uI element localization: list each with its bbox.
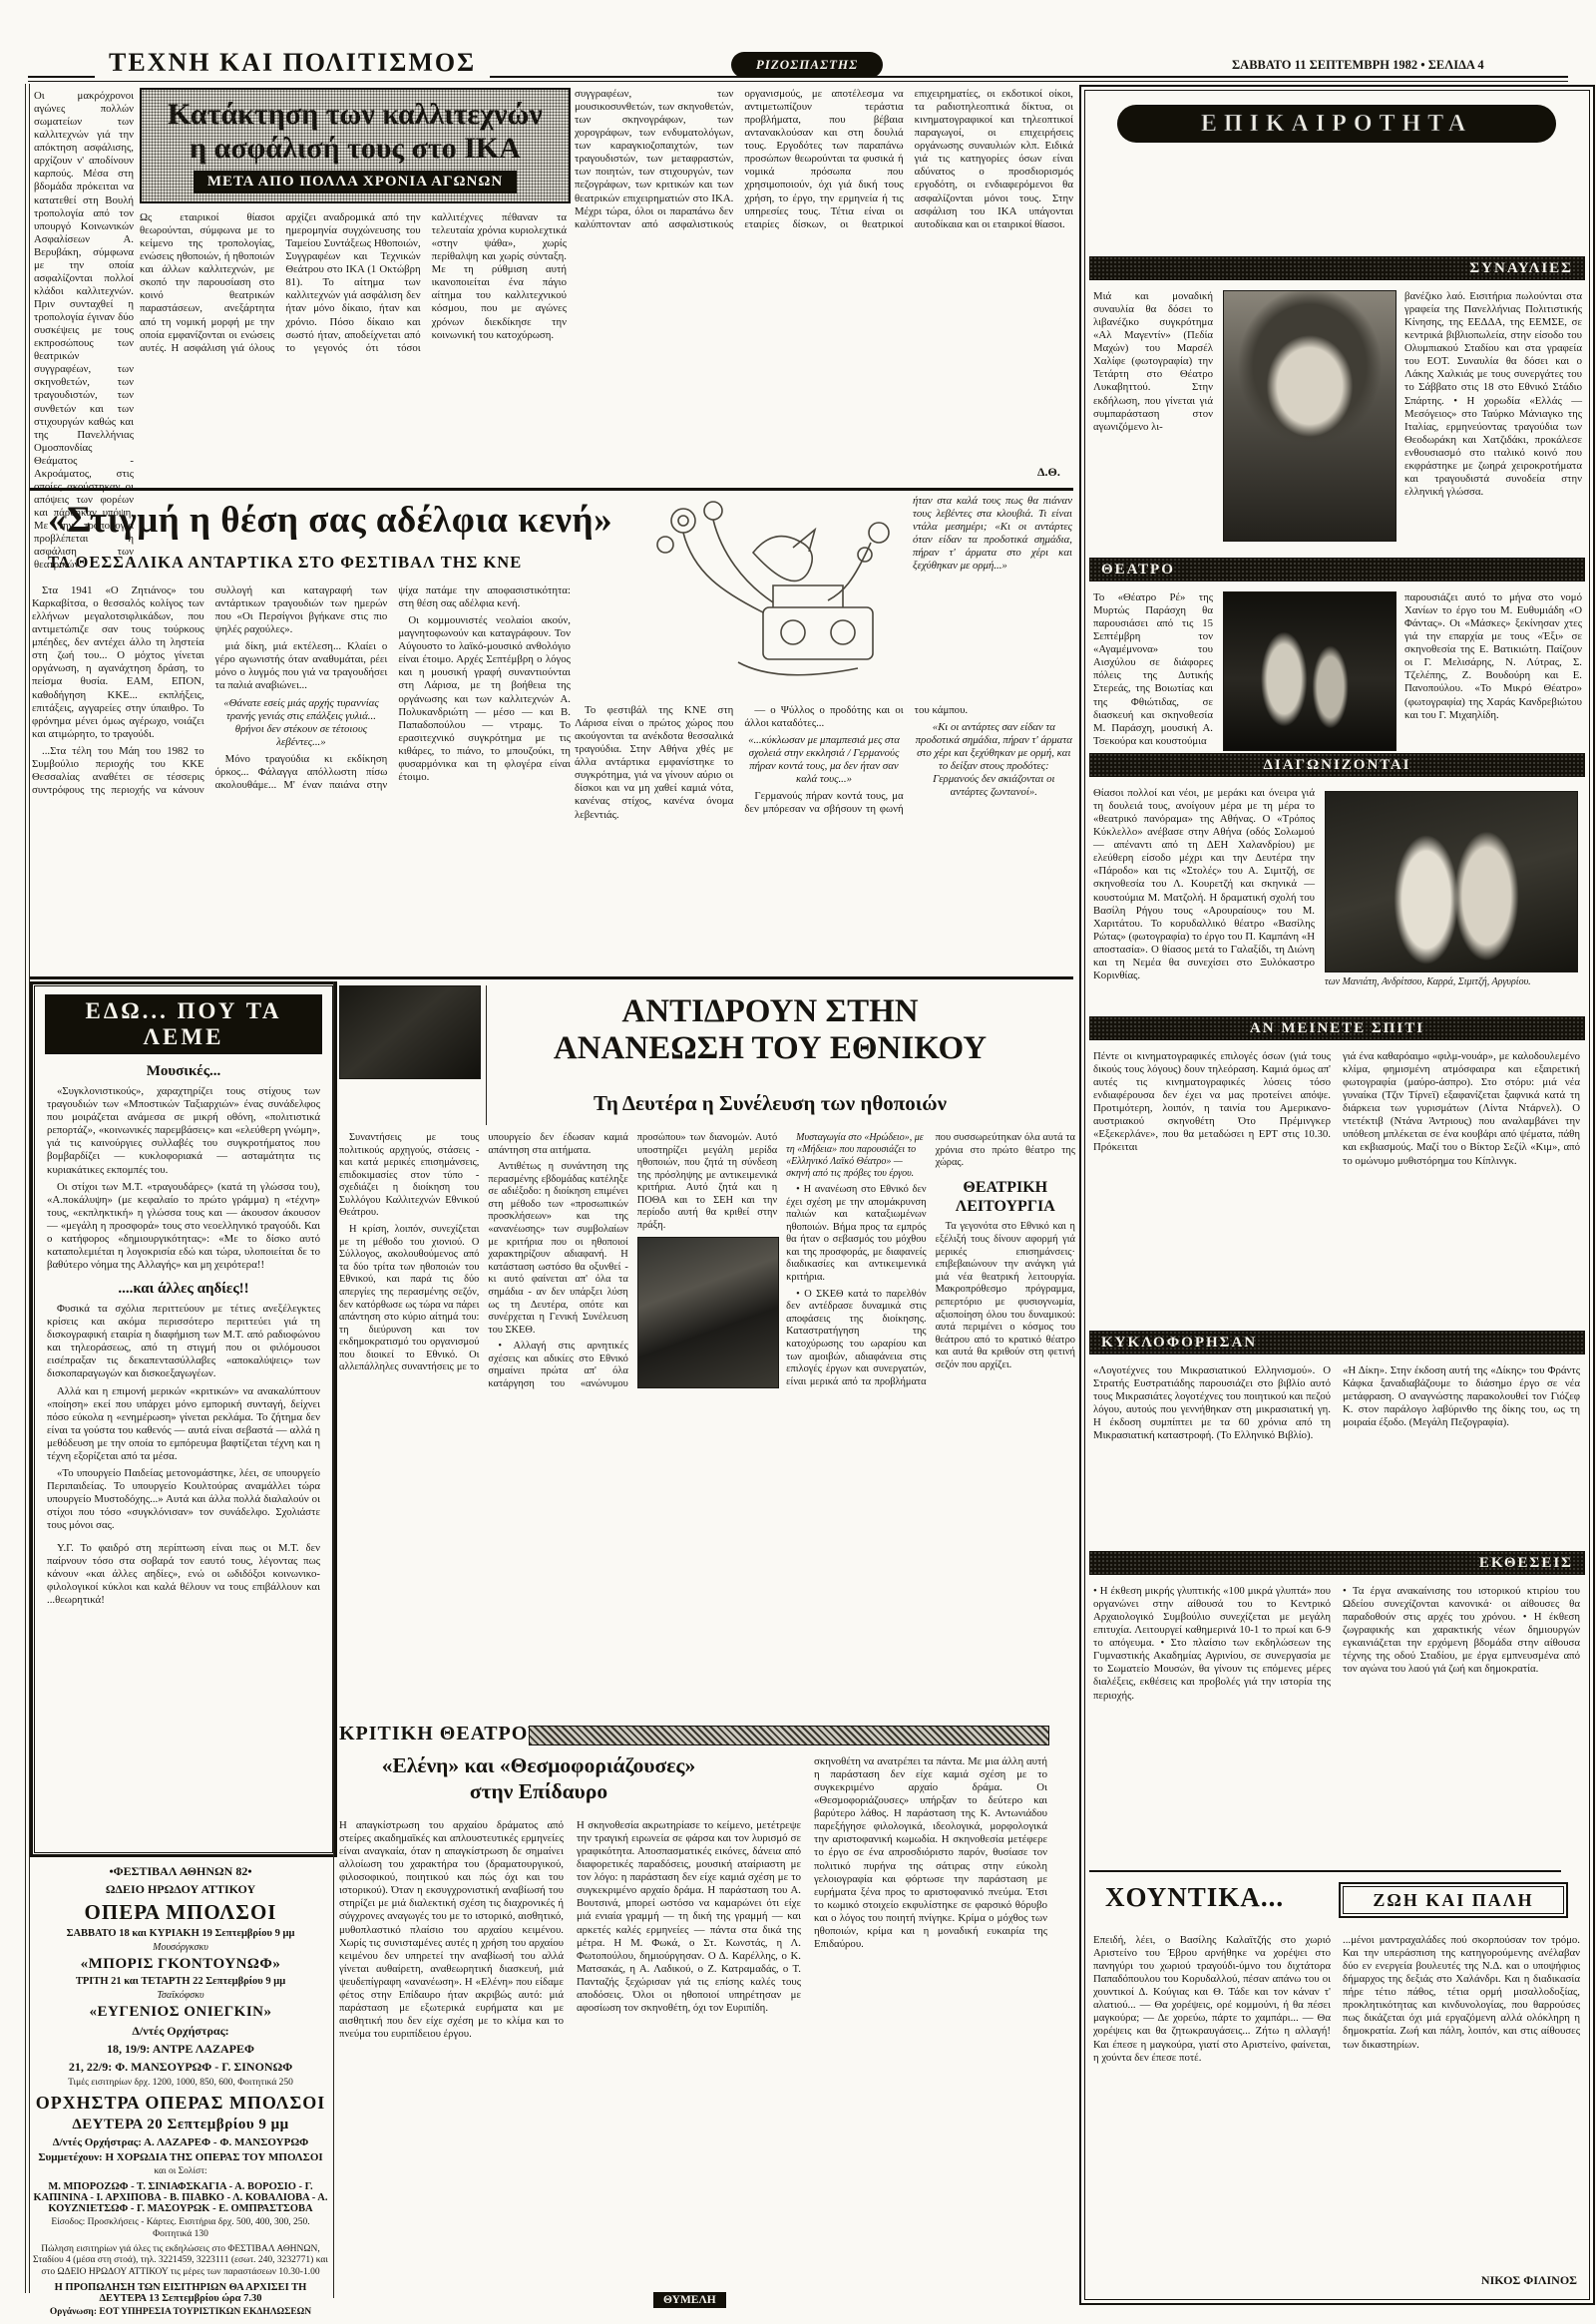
orchestra-title: ΟΡΧΗΣΤΡΑ ΟΠΕΡΑΣ ΜΠΟΛΣΟΙ [32, 2093, 329, 2114]
kne-kicker: ΤΑ ΘΕΣΣΑΛΙΚΑ ΑΝΤΑΡΤΙΚΑ ΣΤΟ ΦΕΣΤΙΒΑΛ ΤΗΣ … [48, 553, 522, 573]
ethniko-paragraph: Συναντήσεις με τους πολιτικούς αρχηγούς,… [339, 1132, 479, 1220]
edo-paragraph: «Το υπουργείο Παιδείας μετονομάστηκε, λέ… [47, 1467, 320, 1532]
kritiki-headline-line1: «Ελένη» και «Θεσμοφοριάζουσες» [339, 1753, 738, 1779]
divider-rule-2 [30, 976, 1073, 979]
edo-banner: ΕΔΩ... ΠΟΥ ΤΑ ΛΕΜΕ [45, 994, 322, 1054]
ika-headline-line2: η ασφάλισή τους στο ΙΚΑ [142, 132, 569, 166]
section-banner-an-meinete-spiti: ΑΝ ΜΕΙΝΕΤΕ ΣΠΙΤΙ [1089, 1016, 1585, 1040]
venue: ΩΔΕΙΟ ΗΡΩΔΟΥ ΑΤΤΙΚΟΥ [32, 1882, 329, 1897]
section-banner-synavlies: ΣΥΝΑΥΛΙΕΣ [1089, 256, 1585, 280]
kne-verse: «Κι οι αντάρτες σαν είδαν τα προδοτικά σ… [915, 721, 1073, 799]
diagonizontai-caption: των Μανιάτη, Ανδρίτσου, Καρρά, Σιμιτζή, … [1325, 976, 1576, 988]
conductor: 18, 19/9: ΑΝΤΡΕ ΛΑΖΑΡΕΦ [32, 2042, 329, 2057]
marcel-khalife-photo [1223, 290, 1396, 542]
divider-rule-1 [30, 488, 1073, 491]
edo-paragraph: Οι στίχοι των Μ.Τ. «τραγουδάρες» (κατά τ… [47, 1181, 320, 1272]
edo-paragraph: Αλλά και η επιμονή μερικών «κριτικών» να… [47, 1385, 320, 1463]
orchestra-date: ΔΕΥΤΕΡΑ 20 Σεπτεμβρίου 9 μμ [32, 2117, 329, 2133]
section-banner-kykloforisan: ΚΥΚΛΟΦΟΡΗΣΑΝ [1089, 1331, 1585, 1355]
xountika-signature: ΝΙΚΟΣ ΦΙΛΙΝΟΣ [1481, 2273, 1577, 2288]
ethniko-stage-photo [637, 1237, 779, 1388]
kritiki-headline-line2: στην Επίδαυρο [339, 1779, 738, 1805]
ethniko-stamp-photo [339, 985, 481, 1079]
soloists-label: και οι Σολίστ: [32, 2166, 329, 2178]
kykloforisan-right-column: «Η Δίκη». Στην έκδοση αυτή της «Δίκης» τ… [1343, 1364, 1580, 1549]
kne-left-columns: Στα 1941 «Ο Ζητιάνος» του Καρκαβίτσα, ο … [32, 584, 571, 975]
kritiki-headline: «Ελένη» και «Θεσμοφοριάζουσες» στην Επίδ… [339, 1753, 738, 1805]
ethniko-paragraph: • Η ανανέωση στο Εθνικό δεν έχει σχέση μ… [786, 1184, 926, 1285]
entry-info: Είσοδος: Προσκλήσεις - Κάρτες. Εισιτήρια… [32, 2217, 329, 2241]
presale-notice: Η ΠΡΟΠΩΛΗΣΗ ΤΩΝ ΕΙΣΙΤΗΡΙΩΝ ΘΑ ΑΡΧΙΣΕΙ ΤΗ… [32, 2282, 329, 2304]
kritiki-column-a: Η απαγκίστρωση του αρχαίου δράματος από … [339, 1819, 564, 2288]
ethniko-photo-caption: Μυσταγωγία στο «Ηρώδειο», με τη «Μήδεια»… [786, 1132, 926, 1180]
show-date: ΣΑΒΒΑΤΟ 18 και ΚΥΡΙΑΚΗ 19 Σεπτεμβρίου 9 … [32, 1928, 329, 1939]
diagonizontai-photo [1325, 791, 1578, 972]
kritiki-column-c: σκηνοθέτη να ανατρέπει τα πάντα. Με μια … [814, 1755, 1047, 2288]
ethniko-paragraph: Αντιθέτως η συνάντηση της περασμένης εβδ… [488, 1161, 627, 1337]
kne-paragraph: Οι κομμουνιστές νεολαίοι ακούν, μαγνητοφ… [398, 614, 571, 784]
soloists: Μ. ΜΠΟΡΟΖΩΦ - Τ. ΣΙΝΙΑΦΣΚΑΓΙΑ - Α. ΒΟΡΟΣ… [32, 2181, 329, 2214]
festival-title: •ΦΕΣΤΙΒΑΛ ΑΘΗΝΩΝ 82• [32, 1864, 329, 1879]
kne-paragraph: — ο Ψύλλος ο προδότης και οι άλλοι καταδ… [744, 704, 903, 730]
page-left-rule [25, 84, 26, 2293]
show-date: ΤΡΙΤΗ 21 και ΤΕΤΑΡΤΗ 22 Σεπτεμβρίου 9 μμ [32, 1976, 329, 1987]
dateline: ΣΑΒΒΑΤΟ 11 ΣΕΠΤΕΜΒΡΗ 1982 • ΣΕΛΙΔΑ 4 [1222, 58, 1494, 73]
ethniko-deck: Τη Δευτέρα η Συνέλευση των ηθοποιών [491, 1091, 1049, 1116]
ika-kicker-bar: ΜΕΤΑ ΑΠΟ ΠΟΛΛΑ ΧΡΟΝΙΑ ΑΓΩΝΩΝ [194, 171, 517, 194]
ektheseis-left-column: • Η έκθεση μικρής γλυπτικής «100 μικρά γ… [1093, 1585, 1331, 1862]
opera-name: «ΕΥΓΕΝΙΟΣ ΟΝΙΕΓΚΙΝ» [32, 2004, 329, 2021]
theatro-right-column: παρουσιάζει αυτό το μήνα στο νομό Χανίων… [1404, 591, 1582, 751]
spiti-left-column: Πέντε οι κινηματογραφικές επιλογές όσων … [1093, 1050, 1331, 1330]
sidebar-header: ΕΠΙΚΑΙΡΟΤΗΤΑ [1117, 105, 1556, 143]
edo-box: ΕΔΩ... ΠΟΥ ΤΑ ΛΕΜΕ Μουσικές... «Συγκλονι… [30, 981, 337, 1857]
bolshoi-opera-title: ΟΠΕΡΑ ΜΠΟΛΣΟΙ [32, 1900, 329, 1925]
kne-paragraph: μιά δίκη, μιά εκτέλεση... Κλαίει ο γέρο … [215, 640, 388, 692]
kne-paragraph: Το φεστιβάλ της ΚΝΕ στη Λάρισα είναι ο π… [575, 704, 733, 822]
kritiki-label: ΚΡΙΤΙΚΗ ΘΕΑΤΡΟΥ [339, 1723, 543, 1745]
sidebar-box: ΕΠΙΚΑΙΡΟΤΗΤΑ ΣΥΝΑΥΛΙΕΣ Μιά και μοναδική … [1079, 85, 1595, 2305]
diagonizontai-text: Θίασοι πολλοί και νέοι, με μεράκι και όν… [1093, 787, 1315, 1016]
newspaper-page: ΤΕΧΝΗ ΚΑΙ ΠΟΛΙΤΙΣΜΟΣ ΡΙΖΟΣΠΑΣΤΗΣ ΣΑΒΒΑΤΟ… [0, 0, 1596, 2324]
edo-crosshead-1: Μουσικές... [47, 1062, 320, 1080]
xountika-top-rule [1089, 1870, 1561, 1872]
kne-verse: «...κύκλωσαν με μπαμπεσιά μες στα σχολει… [744, 734, 903, 786]
edo-paragraph: Φυσικά τα σχόλια περιττεύουν με τέτιες α… [47, 1303, 320, 1380]
ethniko-body-columns: Συναντήσεις με τους πολιτικούς αρχηγούς,… [339, 1132, 1075, 1719]
conductors: Δ/ντές Ορχήστρας: Α. ΛΑΖΑΡΕΦ - Φ. ΜΑΝΣΟΥ… [32, 2136, 329, 2148]
kne-right-columns: Το φεστιβάλ της ΚΝΕ στη Λάρισα είναι ο π… [575, 704, 1073, 975]
ika-signature: Δ.Θ. [1037, 465, 1060, 480]
ticket-prices: Τιμές εισιτηρίων δρχ. 1200, 1000, 850, 6… [32, 2078, 329, 2090]
header-rule-2 [28, 81, 1568, 82]
ethniko-paragraph: Τα γεγονότα στο Εθνικό και η εξέλιξή του… [936, 1221, 1075, 1371]
page-section-title: ΤΕΧΝΗ ΚΑΙ ΠΟΛΙΤΙΣΜΟΣ [95, 48, 490, 78]
edo-crosshead-2: ....και άλλες αηδίες!! [47, 1280, 320, 1298]
ethniko-headline-rule [486, 985, 487, 1125]
theatro-left-column: Το «Θέατρο Ρέ» της Μυρτώς Παράσχη θα παρ… [1093, 591, 1213, 751]
ika-intro-column: Οι μακρόχρονοι αγώνες πολλών σωματείων τ… [34, 90, 134, 461]
synavlies-right-column: βανέζικο λαό. Εισιτήρια πωλούνται στα γρ… [1404, 290, 1582, 558]
composer: Τσαϊκόφσκυ [32, 1990, 329, 2001]
ika-headline-line1: Κατάκτηση των καλλιτεχνών [142, 98, 569, 132]
ethniko-headline: ΑΝΤΙΔΡΟΥΝ ΣΤΗΝ ΑΝΑΝΕΩΣΗ ΤΟΥ ΕΘΝΙΚΟΥ [491, 993, 1049, 1067]
edo-postscript: Υ.Γ. Το φαιδρό στη περίπτωση είναι πως ο… [47, 1542, 320, 1607]
ika-top-columns: συγγραφέων, των μουσικοσυνθετών, των σκη… [575, 88, 1073, 485]
kne-paragraph: Στα 1941 «Ο Ζητιάνος» του Καρκαβίτσα, ο … [32, 584, 204, 741]
ektheseis-right-column: • Τα έργα ανακαίνισης του ιστορικού κτιρ… [1343, 1585, 1580, 1862]
zoi-kai-pali-box: ΖΩΗ ΚΑΙ ΠΑΛΗ [1339, 1882, 1568, 1918]
opera-name: «ΜΠΟΡΙΣ ΓΚΟΝΤΟΥΝΩΦ» [32, 1956, 329, 1973]
bolshoi-ad: •ΦΕΣΤΙΒΑΛ ΑΘΗΝΩΝ 82• ΩΔΕΙΟ ΗΡΩΔΟΥ ΑΤΤΙΚΟ… [32, 1861, 329, 2320]
ticket-outlets: Πώληση εισιτηρίων γιά όλες τις εκδηλώσει… [32, 2244, 329, 2280]
ethniko-headline-line2: ΑΝΑΝΕΩΣΗ ΤΟΥ ΕΘΝΙΚΟΥ [491, 1030, 1049, 1067]
edo-paragraph: «Συγκλονιστικούς», χαραχτηρίζει τους στί… [47, 1085, 320, 1176]
sketch-drawing-icon [643, 493, 905, 694]
kritiki-column-b: Η σκηνοθεσία ακρωτηρίασε το κείμενο, μετ… [577, 1819, 801, 2288]
spiti-right-column: γιά ένα καθαρόαιμο «φιλμ-νουάρ», με καλο… [1343, 1050, 1580, 1330]
masthead: ΡΙΖΟΣΠΑΣΤΗΣ [731, 52, 883, 78]
section-banner-diagonizontai: ΔΙΑΓΩΝΙΖΟΝΤΑΙ [1089, 753, 1585, 777]
kritiki-signature: ΘΥΜΕΛΗ [653, 2292, 726, 2308]
ika-body-columns: Ως εταιρικοί θίασοι θεωρούνται, σύμφωνα … [140, 211, 567, 485]
kykloforisan-left-column: «Λογοτέχνες του Μικρασιατικού Ελληνισμού… [1093, 1364, 1331, 1549]
conductor: 21, 22/9: Φ. ΜΑΝΣΟΥΡΩΦ - Γ. ΣΙΝΟΝΩΦ [32, 2060, 329, 2075]
conductors-label: Δ/ντές Ορχήστρας: [32, 2024, 329, 2039]
synavlies-left-column: Μιά και μοναδική συναυλία θα δόσει το λι… [1093, 290, 1213, 552]
ika-headline-box: Κατάκτηση των καλλιτεχνών η ασφάλισή του… [140, 88, 571, 203]
choir: Συμμετέχουν: Η ΧΟΡΩΔΙΑ ΤΗΣ ΟΠΕΡΑΣ ΤΟΥ ΜΠ… [32, 2151, 329, 2163]
xountika-title: ΧΟΥΝΤΙΚΑ... [1105, 1882, 1284, 1913]
kne-illustration [643, 493, 905, 694]
composer: Μουσόργκσκυ [32, 1942, 329, 1953]
middle-left-rule [333, 981, 334, 2298]
organizer: Οργάνωση: ΕΟΤ ΥΠΗΡΕΣΙΑ ΤΟΥΡΙΣΤΙΚΩΝ ΕΚΔΗΛ… [32, 2307, 329, 2317]
kne-right-top-column: ήταν στα καλά τους πως θα πιάναν τους λε… [913, 495, 1072, 696]
section-banner-theatro: ΘΕΑΤΡΟ [1089, 558, 1585, 581]
xountika-left-column: Επειδή, λέει, ο Βασίλης Καλαϊτζής στο χω… [1093, 1934, 1331, 2281]
kne-verse: «Θάνατε εσείς μιάς αρχής τυραννίας τρανή… [215, 697, 388, 749]
kne-headline: «Στιγμή η θέση σας αδέλφια κενή» [48, 499, 612, 542]
theatro-photo [1223, 591, 1396, 751]
ethniko-crosshead: ΘΕΑΤΡΙΚΗ ΛΕΙΤΟΥΡΓΙΑ [936, 1178, 1075, 1217]
xountika-right-column: ...μένοι μαντραχαλάδες πού σκορπούσαν το… [1343, 1934, 1580, 2281]
section-banner-ektheseis: ΕΚΘΕΣΕΙΣ [1089, 1551, 1585, 1575]
ethniko-headline-line1: ΑΝΤΙΔΡΟΥΝ ΣΤΗΝ [491, 993, 1049, 1030]
kritiki-ornament-band [529, 1726, 1049, 1745]
